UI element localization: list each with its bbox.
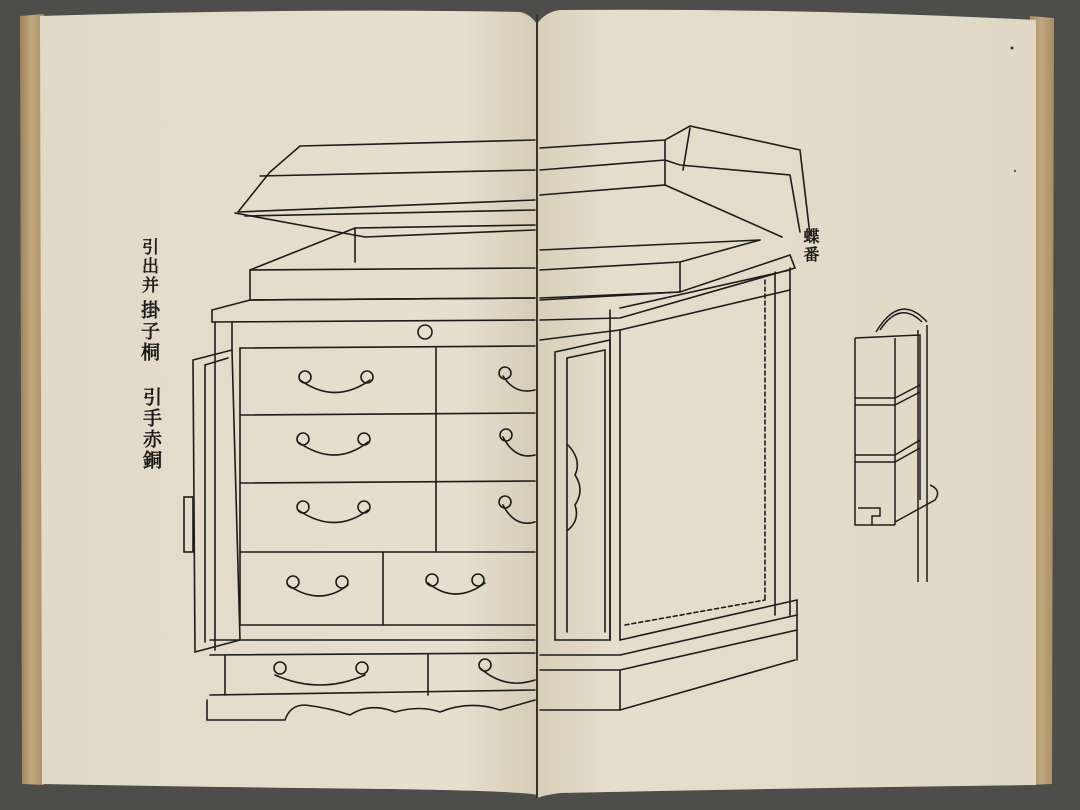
annotation-paulownia-wood: 掛子桐 xyxy=(136,300,163,363)
annotation-hinge: 蝶番 xyxy=(799,228,822,264)
annotation-handles-shakudo: 引手赤銅 xyxy=(138,387,165,471)
annotation-drawers-and-tray: 引出并 xyxy=(136,238,161,295)
open-book: 引出并 掛子桐 引手赤銅 蝶番 xyxy=(0,0,1080,810)
left-page xyxy=(40,11,537,795)
right-page xyxy=(537,10,1036,798)
